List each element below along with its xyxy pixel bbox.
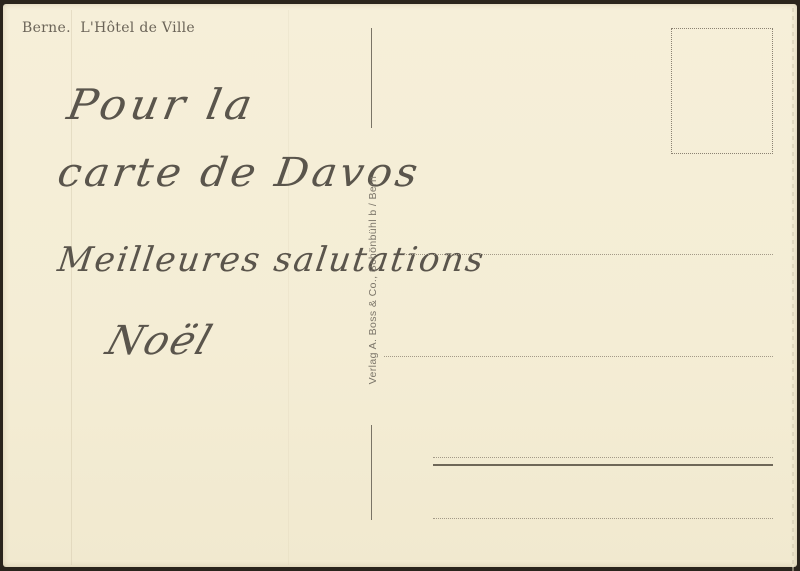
center-divider-top	[371, 28, 372, 128]
address-line-2	[384, 356, 773, 357]
handwritten-line-3: Meilleures salutations	[55, 240, 488, 280]
card-edge	[792, 8, 794, 571]
handwritten-signature: Noël	[101, 318, 219, 364]
center-divider-bottom	[371, 425, 372, 520]
handwritten-line-1: Pour la	[63, 80, 260, 129]
stamp-box	[671, 28, 773, 154]
address-line-4	[433, 518, 773, 519]
fold-line	[288, 10, 289, 565]
postcard-caption: Berne. L'Hôtel de Ville	[22, 20, 195, 36]
address-underline	[433, 464, 773, 466]
address-line-1	[404, 254, 773, 255]
address-line-3	[433, 457, 773, 458]
publisher-imprint: Verlag A. Boss & Co., Schönbühl b / Bern	[367, 176, 379, 385]
